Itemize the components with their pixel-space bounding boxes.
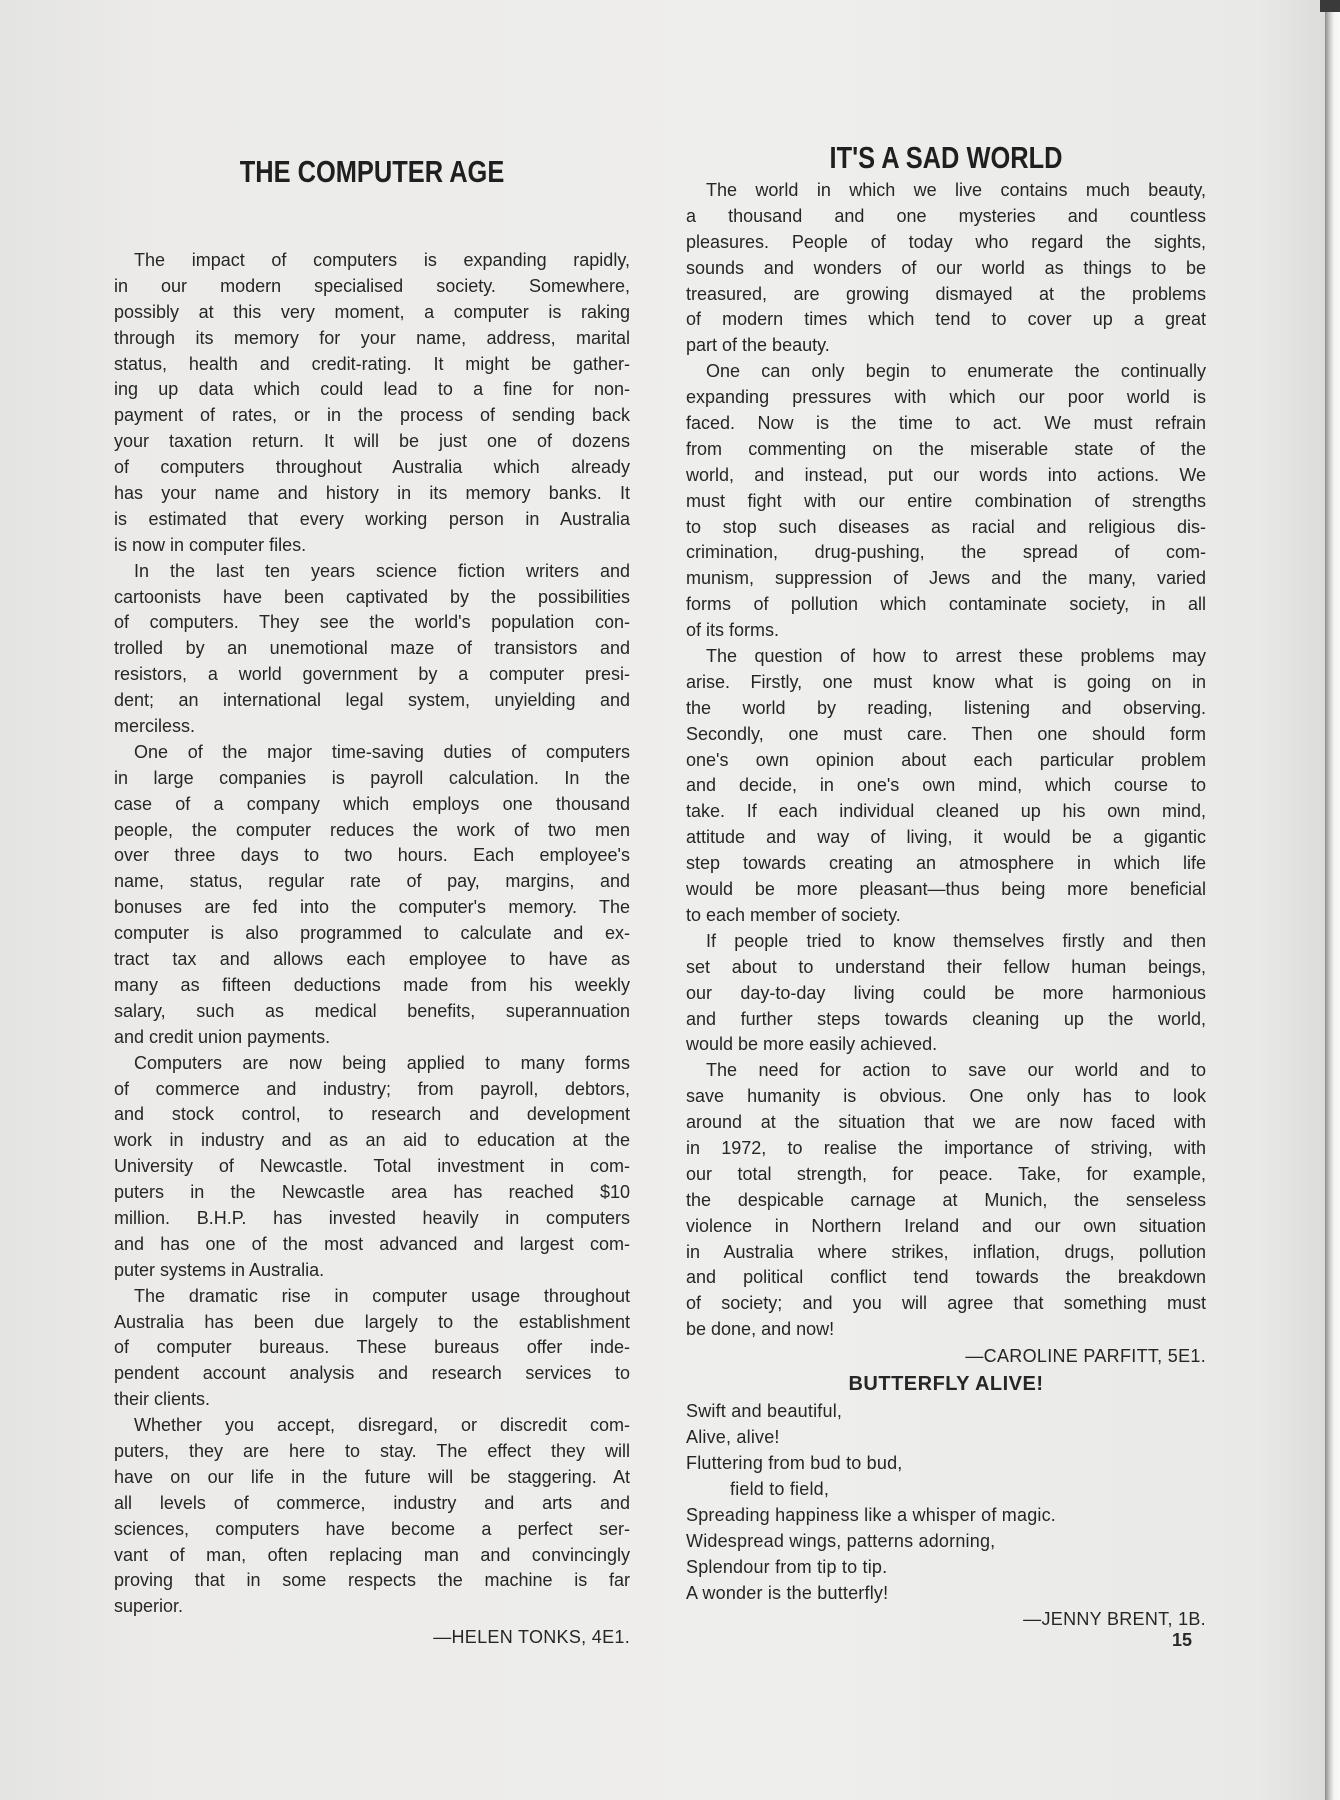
text-line: University of Newcastle. Total investmen… — [114, 1154, 630, 1180]
article-byline: —HELEN TONKS, 4E1. — [114, 1624, 630, 1650]
text-line: in our modern specialised society. Somew… — [114, 274, 630, 300]
text-line: many as fifteen deductions made from his… — [114, 973, 630, 999]
text-line: is estimated that every working person i… — [114, 507, 630, 533]
poem-line: A wonder is the butterfly! — [686, 1580, 1206, 1606]
poem-line: Fluttering from bud to bud, — [686, 1450, 1206, 1476]
text-line: name, status, regular rate of pay, margi… — [114, 869, 630, 895]
text-line: of society; and you will agree that some… — [686, 1291, 1206, 1317]
page-edge — [1325, 0, 1340, 1800]
text-line: pleasures. People of today who regard th… — [686, 230, 1206, 256]
text-line: ing up data which could lead to a fine f… — [114, 377, 630, 403]
text-line: The need for action to save our world an… — [686, 1058, 1206, 1084]
poem-body: Swift and beautiful,Alive, alive!Flutter… — [686, 1398, 1206, 1606]
text-line: and further steps towards cleaning up th… — [686, 1007, 1206, 1033]
text-line: to each member of society. — [686, 903, 1206, 929]
text-line: through its memory for your name, addres… — [114, 326, 630, 352]
text-line: puters, they are here to stay. The effec… — [114, 1439, 630, 1465]
text-line: would be more pleasant—thus being more b… — [686, 877, 1206, 903]
text-line: sounds and wonders of our world as thing… — [686, 256, 1206, 282]
text-line: in 1972, to realise the importance of st… — [686, 1136, 1206, 1162]
text-line: over three days to two hours. Each emplo… — [114, 843, 630, 869]
text-line: payment of rates, or in the process of s… — [114, 403, 630, 429]
poem-line: Spreading happiness like a whisper of ma… — [686, 1502, 1206, 1528]
text-line: your taxation return. It will be just on… — [114, 429, 630, 455]
text-line: puters in the Newcastle area has reached… — [114, 1180, 630, 1206]
article-title: IT'S A SAD WORLD — [733, 140, 1159, 176]
poem-byline: —JENNY BRENT, 1B. — [686, 1606, 1206, 1632]
text-line: around at the situation that we are now … — [686, 1110, 1206, 1136]
text-line: crimination, drug-pushing, the spread of… — [686, 540, 1206, 566]
text-line: in large companies is payroll calculatio… — [114, 766, 630, 792]
text-line: one's own opinion about each particular … — [686, 748, 1206, 774]
text-line: work in industry and as an aid to educat… — [114, 1128, 630, 1154]
text-line: The impact of computers is expanding rap… — [114, 248, 630, 274]
text-line: Secondly, one must care. Then one should… — [686, 722, 1206, 748]
text-line: of computers. They see the world's popul… — [114, 610, 630, 636]
text-line: be done, and now! — [686, 1317, 1206, 1343]
poem-line: Alive, alive! — [686, 1424, 1206, 1450]
text-line: all levels of commerce, industry and art… — [114, 1491, 630, 1517]
text-line: sciences, computers have become a perfec… — [114, 1517, 630, 1543]
text-line: The dramatic rise in computer usage thro… — [114, 1284, 630, 1310]
text-line: puter systems in Australia. — [114, 1258, 630, 1284]
text-line: our day-to-day living could be more harm… — [686, 981, 1206, 1007]
poem-line: field to field, — [686, 1476, 1206, 1502]
text-line: attitude and way of living, it would be … — [686, 825, 1206, 851]
text-line: status, health and credit-rating. It mig… — [114, 352, 630, 378]
poem-line: Swift and beautiful, — [686, 1398, 1206, 1424]
article-sad-world: IT'S A SAD WORLD The world in which we l… — [686, 140, 1206, 1632]
text-line: treasured, are growing dismayed at the p… — [686, 282, 1206, 308]
text-line: and decide, in one's own mind, which cou… — [686, 773, 1206, 799]
text-line: take. If each individual cleaned up his … — [686, 799, 1206, 825]
text-line: save humanity is obvious. One only has t… — [686, 1084, 1206, 1110]
text-line: million. B.H.P. has invested heavily in … — [114, 1206, 630, 1232]
text-line: proving that in some respects the machin… — [114, 1568, 630, 1594]
text-line: dent; an international legal system, uny… — [114, 688, 630, 714]
text-line: to stop such diseases as racial and reli… — [686, 515, 1206, 541]
text-line: merciless. — [114, 714, 630, 740]
text-line: faced. Now is the time to act. We must r… — [686, 411, 1206, 437]
text-line: trolled by an unemotional maze of transi… — [114, 636, 630, 662]
article-title: THE COMPUTER AGE — [160, 154, 583, 190]
page-corner-shadow — [1320, 0, 1340, 12]
text-line: of its forms. — [686, 618, 1206, 644]
article-computer-age: THE COMPUTER AGE The impact of computers… — [114, 150, 630, 1650]
text-line: possibly at this very moment, a computer… — [114, 300, 630, 326]
text-line: and credit union payments. — [114, 1025, 630, 1051]
poem-line: Splendour from tip to tip. — [686, 1554, 1206, 1580]
text-line: salary, such as medical benefits, supera… — [114, 999, 630, 1025]
text-line: superior. — [114, 1594, 630, 1620]
article-body: The world in which we live contains much… — [686, 178, 1206, 1343]
poem-title: BUTTERFLY ALIVE! — [686, 1371, 1206, 1398]
text-line: bonuses are fed into the computer's memo… — [114, 895, 630, 921]
text-line: and political conflict tend towards the … — [686, 1265, 1206, 1291]
text-line: in Australia where strikes, inflation, d… — [686, 1240, 1206, 1266]
text-line: case of a company which employs one thou… — [114, 792, 630, 818]
text-line: of computers throughout Australia which … — [114, 455, 630, 481]
text-line: Australia has been due largely to the es… — [114, 1310, 630, 1336]
text-line: world, and instead, put our words into a… — [686, 463, 1206, 489]
text-line: In the last ten years science fiction wr… — [114, 559, 630, 585]
text-line: must fight with our entire combination o… — [686, 489, 1206, 515]
text-line: step towards creating an atmosphere in w… — [686, 851, 1206, 877]
text-line: One of the major time-saving duties of c… — [114, 740, 630, 766]
text-line: resistors, a world government by a compu… — [114, 662, 630, 688]
text-line: expanding pressures with which our poor … — [686, 385, 1206, 411]
text-line: have on our life in the future will be s… — [114, 1465, 630, 1491]
article-byline: —CAROLINE PARFITT, 5E1. — [686, 1343, 1206, 1369]
text-line: One can only begin to enumerate the cont… — [686, 359, 1206, 385]
page-number: 15 — [1172, 1630, 1192, 1651]
text-line: vant of man, often replacing man and con… — [114, 1543, 630, 1569]
text-line: of modern times which tend to cover up a… — [686, 307, 1206, 333]
text-line: The question of how to arrest these prob… — [686, 644, 1206, 670]
text-line: tract tax and allows each employee to ha… — [114, 947, 630, 973]
text-line: people, the computer reduces the work of… — [114, 818, 630, 844]
text-line: If people tried to know themselves first… — [686, 929, 1206, 955]
text-line: from commenting on the miserable state o… — [686, 437, 1206, 463]
text-line: set about to understand their fellow hum… — [686, 955, 1206, 981]
text-line: of computer bureaus. These bureaus offer… — [114, 1335, 630, 1361]
text-line: would be more easily achieved. — [686, 1032, 1206, 1058]
text-line: Computers are now being applied to many … — [114, 1051, 630, 1077]
text-line: their clients. — [114, 1387, 630, 1413]
text-line: of commerce and industry; from payroll, … — [114, 1077, 630, 1103]
text-line: and has one of the most advanced and lar… — [114, 1232, 630, 1258]
text-line: Whether you accept, disregard, or discre… — [114, 1413, 630, 1439]
text-line: The world in which we live contains much… — [686, 178, 1206, 204]
text-line: cartoonists have been captivated by the … — [114, 585, 630, 611]
text-line: the despicable carnage at Munich, the se… — [686, 1188, 1206, 1214]
text-line: part of the beauty. — [686, 333, 1206, 359]
text-line: is now in computer files. — [114, 533, 630, 559]
text-line: a thousand and one mysteries and countle… — [686, 204, 1206, 230]
text-line: and stock control, to research and devel… — [114, 1102, 630, 1128]
text-line: forms of pollution which contaminate soc… — [686, 592, 1206, 618]
text-line: the world by reading, listening and obse… — [686, 696, 1206, 722]
text-line: munism, suppression of Jews and the many… — [686, 566, 1206, 592]
article-body: The impact of computers is expanding rap… — [114, 248, 630, 1620]
text-line: violence in Northern Ireland and our own… — [686, 1214, 1206, 1240]
text-line: pendent account analysis and research se… — [114, 1361, 630, 1387]
text-line: computer is also programmed to calculate… — [114, 921, 630, 947]
poem-line: Widespread wings, patterns adorning, — [686, 1528, 1206, 1554]
poem-butterfly-alive: BUTTERFLY ALIVE! Swift and beautiful,Ali… — [686, 1371, 1206, 1632]
text-line: our total strength, for peace. Take, for… — [686, 1162, 1206, 1188]
text-line: arise. Firstly, one must know what is go… — [686, 670, 1206, 696]
text-line: has your name and history in its memory … — [114, 481, 630, 507]
